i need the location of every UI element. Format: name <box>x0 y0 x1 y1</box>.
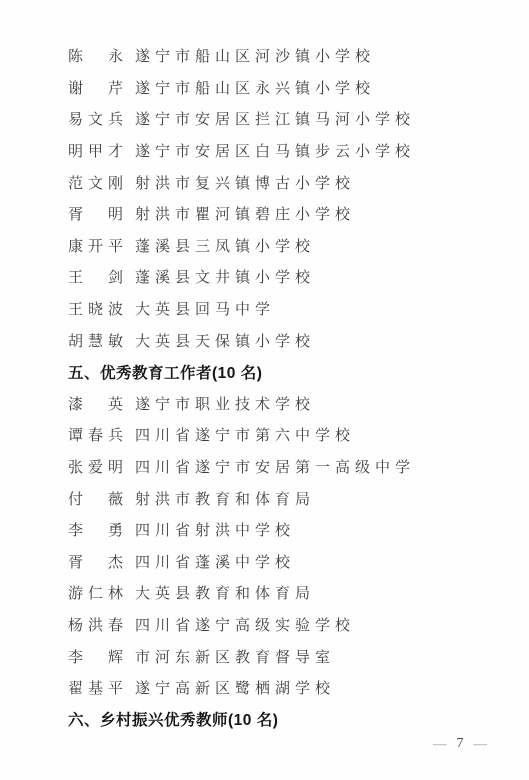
affiliation: 四川省射洪中学校 <box>135 519 295 540</box>
page-number-value: 7 <box>457 736 464 752</box>
roster-row: 陈 永遂宁市船山区河沙镇小学校 <box>68 40 499 72</box>
affiliation: 大英县天保镇小学校 <box>135 330 315 351</box>
roster-row: 胥 明射洪市瞿河镇碧庄小学校 <box>68 198 499 230</box>
person-name: 陈 永 <box>68 45 135 66</box>
roster-row: 游仁林大英县教育和体育局 <box>68 577 499 609</box>
person-name: 胡慧敏 <box>68 330 135 351</box>
person-name: 易文兵 <box>68 108 135 129</box>
person-name: 胥 明 <box>68 203 135 224</box>
roster-row: 李 辉市河东新区教育督导室 <box>68 640 499 672</box>
person-name: 谭春兵 <box>68 424 135 445</box>
person-name: 付 薇 <box>68 488 135 509</box>
person-name: 张爱明 <box>68 456 135 477</box>
affiliation: 市河东新区教育督导室 <box>135 646 335 667</box>
page-number-dash-left: — <box>433 736 447 752</box>
document-page: 陈 永遂宁市船山区河沙镇小学校谢 芹遂宁市船山区永兴镇小学校易文兵遂宁市安居区拦… <box>0 0 529 780</box>
affiliation: 蓬溪县文井镇小学校 <box>135 266 315 287</box>
affiliation: 遂宁市安居区白马镇步云小学校 <box>135 140 415 161</box>
person-name: 康开平 <box>68 235 135 256</box>
affiliation: 蓬溪县三凤镇小学校 <box>135 235 315 256</box>
roster-row: 王晓波大英县回马中学 <box>68 293 499 325</box>
affiliation: 遂宁高新区鹭栖湖学校 <box>135 677 335 698</box>
roster-row: 明甲才遂宁市安居区白马镇步云小学校 <box>68 135 499 167</box>
roster-row: 王 剑蓬溪县文井镇小学校 <box>68 261 499 293</box>
affiliation: 遂宁市职业技术学校 <box>135 393 315 414</box>
person-name: 李 辉 <box>68 646 135 667</box>
affiliation: 大英县教育和体育局 <box>135 582 315 603</box>
person-name: 王晓波 <box>68 298 135 319</box>
section-heading: 五、优秀教育工作者(10 名) <box>68 356 499 388</box>
affiliation: 四川省遂宁市第六中学校 <box>135 424 355 445</box>
roster-row: 漆 英遂宁市职业技术学校 <box>68 388 499 420</box>
affiliation: 射洪市瞿河镇碧庄小学校 <box>135 203 355 224</box>
roster-row: 杨洪春四川省遂宁高级实验学校 <box>68 609 499 641</box>
roster-content: 陈 永遂宁市船山区河沙镇小学校谢 芹遂宁市船山区永兴镇小学校易文兵遂宁市安居区拦… <box>68 40 499 735</box>
section-heading: 六、乡村振兴优秀教师(10 名) <box>68 703 499 735</box>
roster-row: 康开平蓬溪县三凤镇小学校 <box>68 230 499 262</box>
roster-row: 易文兵遂宁市安居区拦江镇马河小学校 <box>68 103 499 135</box>
person-name: 翟基平 <box>68 677 135 698</box>
person-name: 游仁林 <box>68 582 135 603</box>
affiliation: 四川省遂宁市安居第一高级中学 <box>135 456 415 477</box>
roster-row: 范文刚射洪市复兴镇博古小学校 <box>68 166 499 198</box>
roster-row: 胡慧敏大英县天保镇小学校 <box>68 324 499 356</box>
person-name: 谢 芹 <box>68 77 135 98</box>
roster-row: 李 勇四川省射洪中学校 <box>68 514 499 546</box>
person-name: 范文刚 <box>68 172 135 193</box>
roster-row: 谭春兵四川省遂宁市第六中学校 <box>68 419 499 451</box>
person-name: 王 剑 <box>68 266 135 287</box>
roster-row: 翟基平遂宁高新区鹭栖湖学校 <box>68 672 499 704</box>
affiliation: 遂宁市船山区永兴镇小学校 <box>135 77 375 98</box>
person-name: 明甲才 <box>68 140 135 161</box>
roster-row: 张爱明四川省遂宁市安居第一高级中学 <box>68 451 499 483</box>
person-name: 杨洪春 <box>68 614 135 635</box>
page-number-dash-right: — <box>474 736 488 752</box>
affiliation: 遂宁市安居区拦江镇马河小学校 <box>135 108 415 129</box>
affiliation: 射洪市教育和体育局 <box>135 488 315 509</box>
affiliation: 四川省遂宁高级实验学校 <box>135 614 355 635</box>
roster-row: 谢 芹遂宁市船山区永兴镇小学校 <box>68 72 499 104</box>
affiliation: 遂宁市船山区河沙镇小学校 <box>135 45 375 66</box>
affiliation: 射洪市复兴镇博古小学校 <box>135 172 355 193</box>
roster-row: 付 薇射洪市教育和体育局 <box>68 482 499 514</box>
page-number: — 7 — <box>433 736 487 752</box>
person-name: 李 勇 <box>68 519 135 540</box>
roster-row: 胥 杰四川省蓬溪中学校 <box>68 546 499 578</box>
affiliation: 大英县回马中学 <box>135 298 275 319</box>
affiliation: 四川省蓬溪中学校 <box>135 551 295 572</box>
person-name: 胥 杰 <box>68 551 135 572</box>
person-name: 漆 英 <box>68 393 135 414</box>
